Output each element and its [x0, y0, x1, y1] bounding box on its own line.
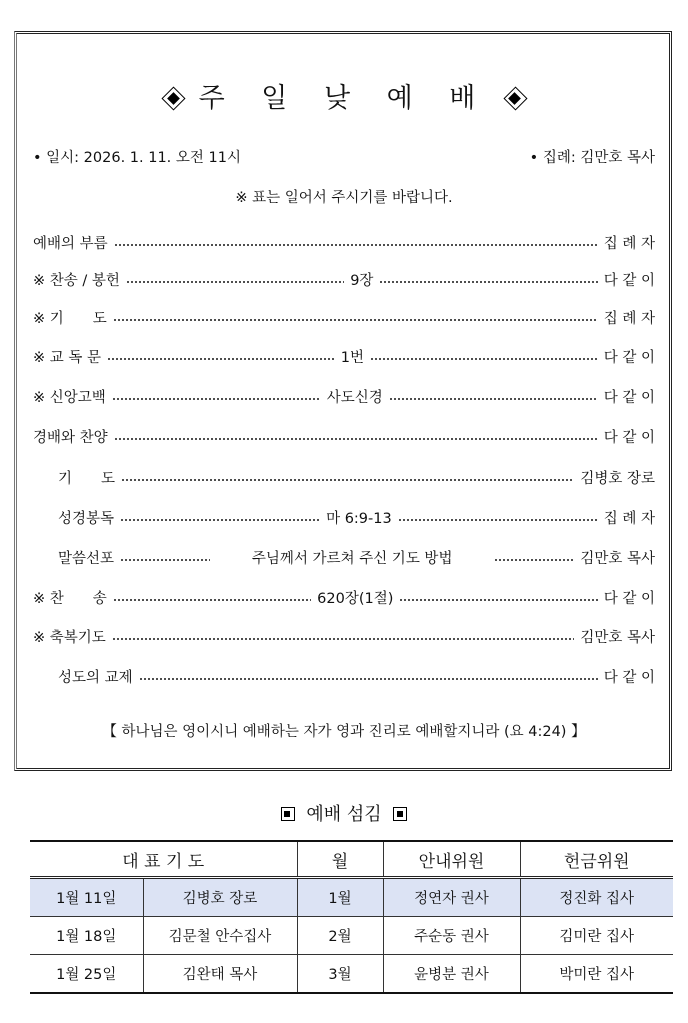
- order-item: 성도의 교제다 같 이: [58, 664, 655, 686]
- order-item: ※ 찬 송620장(1절)다 같 이: [33, 585, 655, 607]
- order-item: 성경봉독마 6:9-13집 례 자: [58, 505, 655, 527]
- order-item: 예배의 부름집 례 자: [33, 230, 655, 252]
- cell-offering: 김미란 집사: [520, 917, 673, 955]
- header-prayer: 대 표 기 도: [30, 841, 297, 878]
- duty-section-title: 예배 섬김: [0, 800, 688, 826]
- cell-usher: 윤병분 권사: [383, 955, 520, 994]
- cell-usher: 주순동 권사: [383, 917, 520, 955]
- header-month: 월: [297, 841, 383, 878]
- diamond-icon: [504, 87, 526, 109]
- table-row: 1월 11일 김병호 장로 1월 정연자 권사 정진화 집사: [30, 878, 673, 917]
- service-datetime: • 일시: 2026. 1. 11. 오전 11시: [33, 146, 241, 167]
- cell-month: 2월: [297, 917, 383, 955]
- cell-prayer: 김완태 목사: [143, 955, 297, 994]
- order-item: 말씀선포주님께서 가르쳐 주신 기도 방법김만호 목사: [58, 545, 655, 567]
- cell-prayer: 김문철 안수집사: [143, 917, 297, 955]
- cell-offering: 박미란 집사: [520, 955, 673, 994]
- cell-offering: 정진화 집사: [520, 878, 673, 917]
- scripture-verse: 【 하나님은 영이시니 예배하는 자가 영과 진리로 예배할지니라 (요 4:2…: [0, 720, 688, 741]
- standing-notice: ※ 표는 일어서 주시기를 바랍니다.: [0, 186, 688, 207]
- order-item: 경배와 찬양다 같 이: [33, 424, 655, 446]
- table-header-row: 대 표 기 도 월 안내위원 헌금위원: [30, 841, 673, 878]
- order-item: ※ 신앙고백사도신경다 같 이: [33, 384, 655, 406]
- cell-date: 1월 18일: [30, 917, 143, 955]
- order-item: ※ 교 독 문1번다 같 이: [33, 344, 655, 366]
- cell-usher: 정연자 권사: [383, 878, 520, 917]
- cell-date: 1월 25일: [30, 955, 143, 994]
- cell-date: 1월 11일: [30, 878, 143, 917]
- square-icon: [393, 807, 407, 821]
- duty-table: 대 표 기 도 월 안내위원 헌금위원 1월 11일 김병호 장로 1월 정연자…: [30, 840, 673, 994]
- service-officiant: • 집례: 김만호 목사: [530, 146, 655, 167]
- order-item: ※ 찬송 / 봉헌9장다 같 이: [33, 267, 655, 289]
- header-usher: 안내위원: [383, 841, 520, 878]
- order-item: ※ 기 도집 례 자: [33, 305, 655, 327]
- table-row: 1월 25일 김완태 목사 3월 윤병분 권사 박미란 집사: [30, 955, 673, 994]
- order-item: ※ 축복기도김만호 목사: [33, 624, 655, 646]
- cell-month: 3월: [297, 955, 383, 994]
- order-item: 기 도김병호 장로: [58, 465, 655, 487]
- header-offering: 헌금위원: [520, 841, 673, 878]
- cell-month: 1월: [297, 878, 383, 917]
- cell-prayer: 김병호 장로: [143, 878, 297, 917]
- square-icon: [281, 807, 295, 821]
- diamond-icon: [162, 87, 184, 109]
- page-title: 주 일 낮 예 배: [0, 76, 688, 115]
- table-row: 1월 18일 김문철 안수집사 2월 주순동 권사 김미란 집사: [30, 917, 673, 955]
